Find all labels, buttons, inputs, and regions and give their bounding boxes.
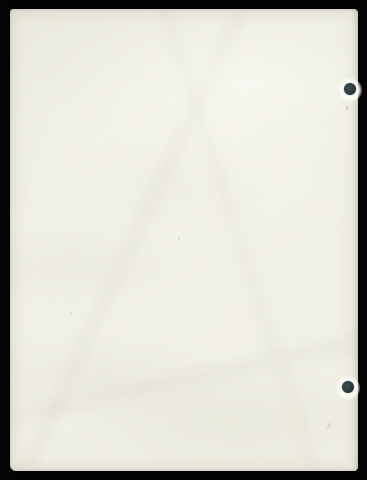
paper-speck xyxy=(70,312,73,314)
scanned-page xyxy=(10,9,358,471)
punch-hole-top-halo xyxy=(338,78,362,102)
paper-texture xyxy=(10,9,358,471)
paper-speck xyxy=(178,238,180,240)
punch-hole-top xyxy=(344,83,356,95)
punch-hole-bottom xyxy=(342,381,354,393)
scanner-background xyxy=(0,0,367,480)
punch-hole-bottom-halo xyxy=(336,376,360,400)
